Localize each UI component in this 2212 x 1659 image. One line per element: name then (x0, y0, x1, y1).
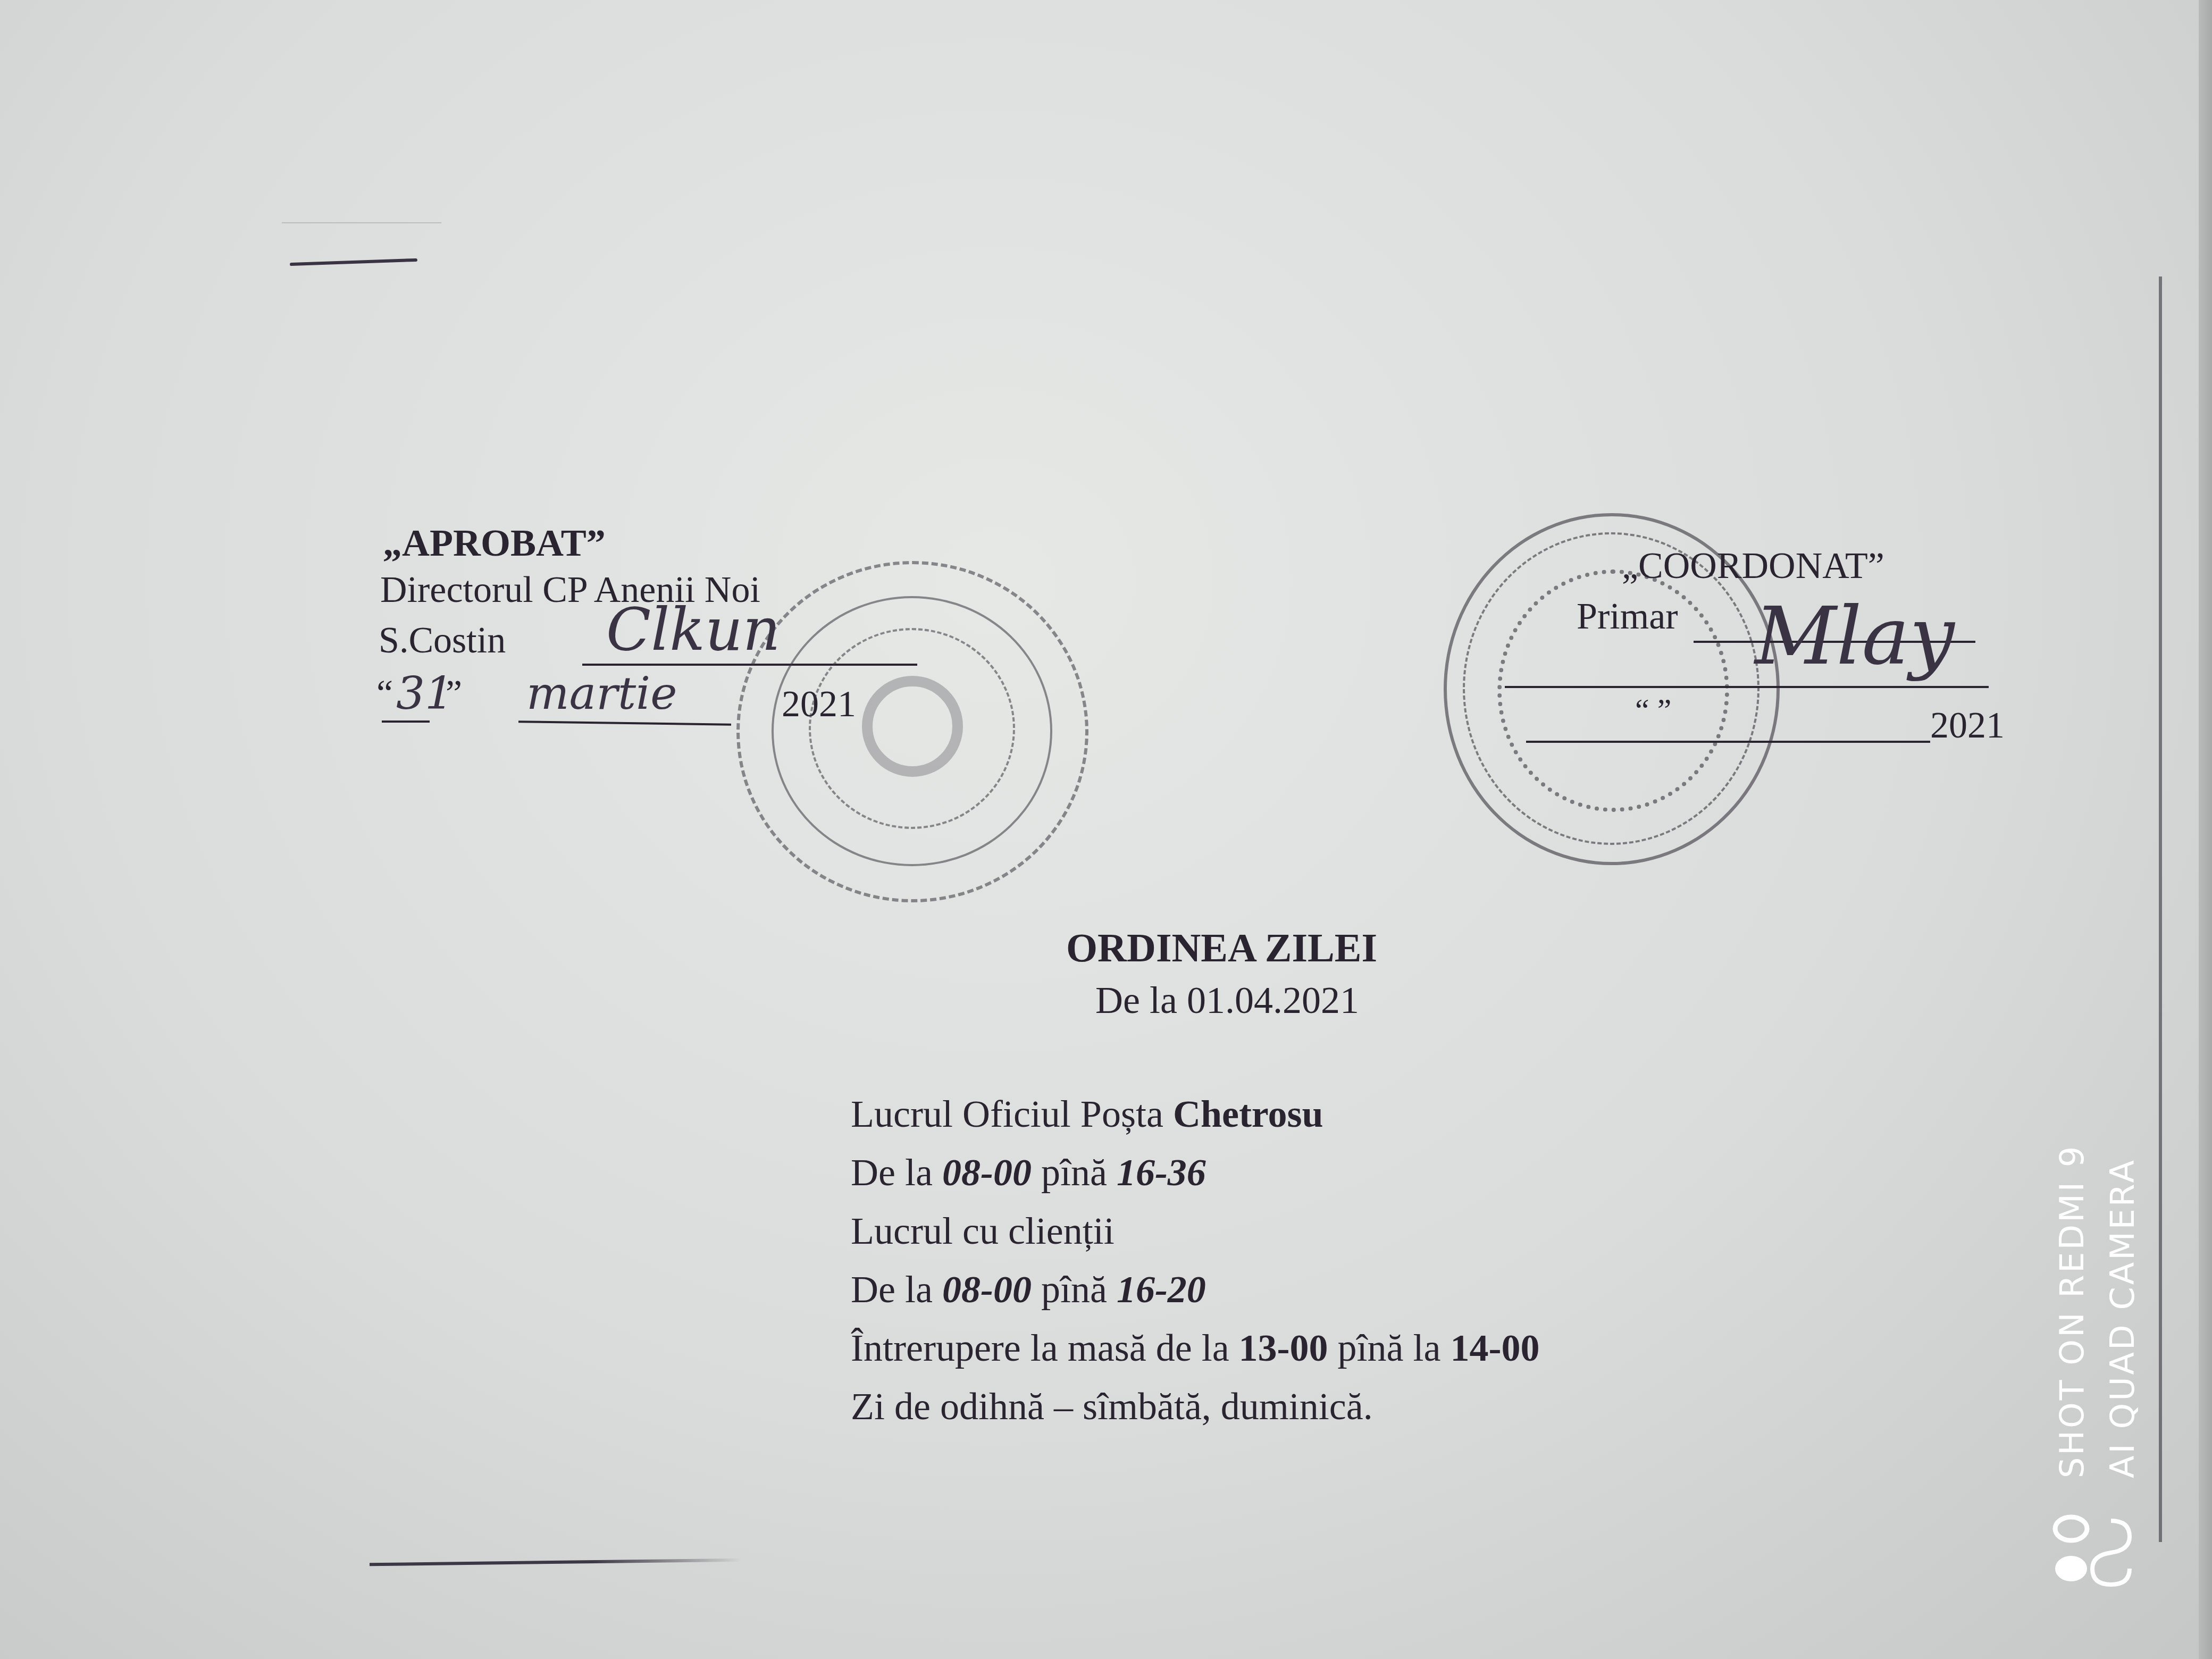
watermark-line-1: SHOT ON REDMI 9 (2052, 1144, 2091, 1478)
office-hours-line: De la 08-00 pînă 16-36 (851, 1143, 1540, 1202)
client-start-time: 08-00 (942, 1268, 1032, 1311)
document-subtitle: De la 01.04.2021 (1095, 981, 1359, 1019)
label-from: De la (851, 1151, 942, 1194)
month-line (518, 720, 731, 726)
month-line (1505, 686, 1989, 688)
office-line: Lucrul Oficiul Poșta Chetrosu (851, 1085, 1540, 1143)
bottom-rule (370, 1559, 742, 1566)
lunch-label: Întrerupere la masă de la (851, 1327, 1239, 1369)
office-name: Chetrosu (1173, 1093, 1323, 1135)
approved-heading: „APROBAT” (383, 524, 606, 562)
client-hours-line: De la 08-00 pînă 16-20 (851, 1260, 1540, 1319)
approved-name: S.Costin (379, 622, 506, 659)
watermark-line-2: AI QUAD CAMERA (2103, 1158, 2142, 1478)
posta-moldovei-stamp (736, 561, 1088, 902)
paper-right-edge (2159, 276, 2162, 1542)
staple-icon (290, 258, 417, 266)
date-open-quote: “ (376, 675, 393, 713)
label-until: pînă (1032, 1151, 1117, 1194)
date-day: 31 (396, 667, 454, 720)
label-until: pînă (1032, 1268, 1117, 1311)
date-month: martie (526, 667, 677, 720)
document-title: ORDINEA ZILEI (1066, 928, 1377, 968)
office-start-time: 08-00 (942, 1151, 1032, 1194)
approved-signature: Clkun (606, 596, 781, 664)
days-off-line: Zi de odihnă – sîmbătă, duminică. (851, 1377, 1540, 1436)
paper-edge-shadow (2199, 0, 2212, 1659)
camera-watermark: SHOT ON REDMI 9 AI QUAD CAMERA (2052, 1159, 2159, 1585)
date-quotes: “ ” (1635, 694, 1671, 726)
schedule-block: Lucrul Oficiul Poșta Chetrosu De la 08-0… (851, 1085, 1540, 1436)
coordinated-heading: „COORDONAT” (1622, 548, 1884, 585)
lunch-start-time: 13-00 (1239, 1327, 1328, 1369)
day-line (382, 720, 430, 723)
coordinated-year: 2021 (1930, 707, 2005, 744)
lunch-break-line: Întrerupere la masă de la 13-00 pînă la … (851, 1319, 1540, 1377)
clients-heading: Lucrul cu clienții (851, 1202, 1540, 1260)
date-line (1526, 741, 1930, 743)
lunch-end-time: 14-00 (1451, 1327, 1540, 1369)
date-close-quote: ” (446, 675, 462, 713)
office-label: Lucrul Oficiul Poșta (851, 1093, 1173, 1135)
label-from: De la (851, 1268, 942, 1311)
faint-line (282, 222, 441, 223)
client-end-time: 16-20 (1117, 1268, 1206, 1311)
dual-camera-logo-icon (2052, 1510, 2138, 1595)
coordinated-signature: Mlay (1755, 590, 1955, 683)
office-end-time: 16-36 (1117, 1151, 1206, 1194)
label-until: pînă la (1328, 1327, 1451, 1369)
coordinated-position: Primar (1577, 598, 1678, 635)
